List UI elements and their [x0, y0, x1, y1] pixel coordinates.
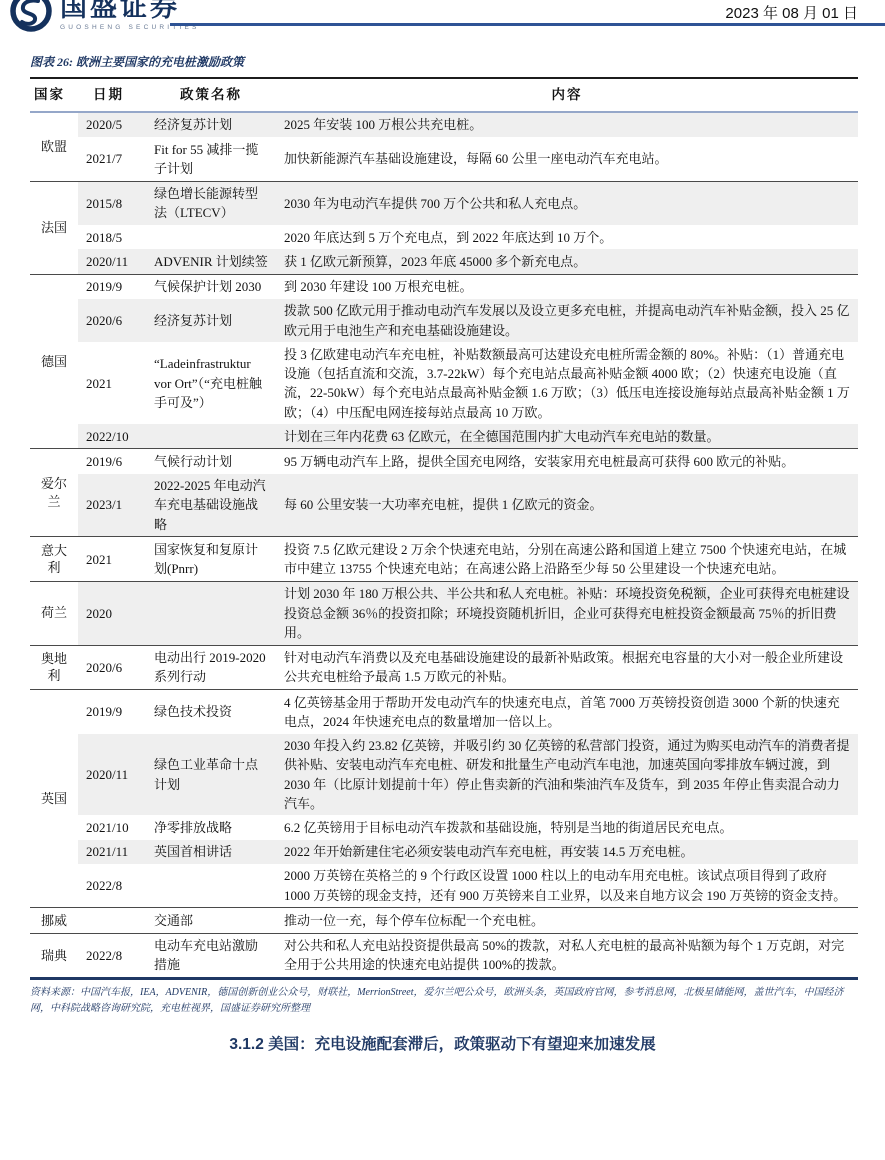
- content-cell: 2030 年为电动汽车提供 700 万个公共和私人充电点。: [276, 181, 858, 225]
- policy-cell: 绿色技术投资: [146, 690, 276, 734]
- content-cell: 2025 年安装 100 万根公共充电桩。: [276, 112, 858, 137]
- logo-text-cn: 国盛证券: [60, 0, 200, 21]
- table-row: 德国2019/9气候保护计划 2030到 2030 年建设 100 万根充电桩。: [30, 274, 858, 299]
- content-cell: 到 2030 年建设 100 万根充电桩。: [276, 274, 858, 299]
- table-row: 2021/10净零排放战略6.2 亿英镑用于目标电动汽车拨款和基础设施，特别是当…: [30, 815, 858, 839]
- source-note: 资料来源：中国汽车报，IEA，ADVENIR，德国创新创业公众号，财联社，Mer…: [30, 985, 858, 1016]
- column-header-policy: 政策名称: [146, 78, 276, 112]
- date-cell: 2022/10: [78, 424, 146, 449]
- report-date: 2023 年 08 月 01 日: [725, 2, 858, 23]
- policy-table-body: 欧盟2020/5经济复苏计划2025 年安装 100 万根公共充电桩。2021/…: [30, 112, 858, 979]
- policy-cell: Fit for 55 减排一揽子计划: [146, 137, 276, 181]
- table-row: 2022/10计划在三年内花费 63 亿欧元，在全德国范围内扩大电动汽车充电站的…: [30, 424, 858, 449]
- date-cell: 2020: [78, 581, 146, 645]
- date-cell: 2018/5: [78, 225, 146, 249]
- policy-cell: 绿色工业革命十点计划: [146, 734, 276, 816]
- content-cell: 加快新能源汽车基础设施建设，每隔 60 公里一座电动汽车充电站。: [276, 137, 858, 181]
- country-cell: 挪威: [30, 908, 78, 933]
- table-row: 2018/52020 年底达到 5 万个充电点，到 2022 年底达到 10 万…: [30, 225, 858, 249]
- date-cell: 2015/8: [78, 181, 146, 225]
- date-cell: [78, 908, 146, 933]
- policy-cell: 气候保护计划 2030: [146, 274, 276, 299]
- content-cell: 针对电动汽车消费以及充电基础设施建设的最新补贴政策。根据充电容量的大小对一般企业…: [276, 645, 858, 689]
- content-cell: 推动一位一充，每个停车位标配一个充电桩。: [276, 908, 858, 933]
- policy-cell: 绿色增长能源转型法（LTECV）: [146, 181, 276, 225]
- policy-cell: [146, 581, 276, 645]
- table-row: 2021/11英国首相讲话2022 年开始新建住宅必须安装电动汽车充电桩，再安装…: [30, 840, 858, 864]
- country-cell: 法国: [30, 181, 78, 274]
- country-cell: 意大利: [30, 537, 78, 581]
- table-row: 爱尔兰2019/6气候行动计划95 万辆电动汽车上路，提供全国充电网络，安装家用…: [30, 449, 858, 474]
- content-cell: 对公共和私人充电站投资提供最高 50%的拨款，对私人充电桩的最高补贴额为每个 1…: [276, 933, 858, 978]
- date-cell: 2020/6: [78, 299, 146, 342]
- table-row: 2022/82000 万英镑在英格兰的 9 个行政区设置 1000 柱以上的电动…: [30, 864, 858, 908]
- policy-cell: 英国首相讲话: [146, 840, 276, 864]
- content-cell: 投 3 亿欧建电动汽车充电桩，补贴数额最高可达建设充电桩所需金额的 80%。补贴…: [276, 342, 858, 424]
- policy-cell: 电动出行 2019-2020 系列行动: [146, 645, 276, 689]
- table-row: 英国2019/9绿色技术投资4 亿英镑基金用于帮助开发电动汽车的快速充电点，首笔…: [30, 690, 858, 734]
- table-row: 欧盟2020/5经济复苏计划2025 年安装 100 万根公共充电桩。: [30, 112, 858, 137]
- policy-cell: [146, 864, 276, 908]
- content-cell: 2000 万英镑在英格兰的 9 个行政区设置 1000 柱以上的电动车用充电桩。…: [276, 864, 858, 908]
- table-row: 荷兰2020计划 2030 年 180 万根公共、半公共和私人充电桩。补贴：环境…: [30, 581, 858, 645]
- content-cell: 95 万辆电动汽车上路，提供全国充电网络，安装家用充电桩最高可获得 600 欧元…: [276, 449, 858, 474]
- content-cell: 获 1 亿欧元新预算，2023 年底 45000 多个新充电点。: [276, 249, 858, 274]
- table-row: 意大利2021国家恢复和复原计划(Pnrr)投资 7.5 亿欧元建设 2 万余个…: [30, 537, 858, 581]
- table-row: 2021/7Fit for 55 减排一揽子计划加快新能源汽车基础设施建设，每隔…: [30, 137, 858, 181]
- column-header-content: 内容: [276, 78, 858, 112]
- country-cell: 奥地利: [30, 645, 78, 689]
- content-cell: 拨款 500 亿欧元用于推动电动汽车发展以及设立更多充电桩，并提高电动汽车补贴金…: [276, 299, 858, 342]
- table-row: 2020/11ADVENIR 计划续签获 1 亿欧元新预算，2023 年底 45…: [30, 249, 858, 274]
- date-cell: 2020/5: [78, 112, 146, 137]
- date-cell: 2019/9: [78, 274, 146, 299]
- country-cell: 瑞典: [30, 933, 78, 978]
- table-row: 2023/12022-2025 年电动汽车充电基础设施战略每 60 公里安装一大…: [30, 474, 858, 537]
- date-cell: 2019/6: [78, 449, 146, 474]
- policy-cell: [146, 225, 276, 249]
- content-cell: 投资 7.5 亿欧元建设 2 万余个快速充电站，分别在高速公路和国道上建立 75…: [276, 537, 858, 581]
- content-cell: 2030 年投入约 23.82 亿英镑，并吸引约 30 亿英镑的私营部门投资，通…: [276, 734, 858, 816]
- table-row: 法国2015/8绿色增长能源转型法（LTECV）2030 年为电动汽车提供 70…: [30, 181, 858, 225]
- table-row: 2020/11绿色工业革命十点计划2030 年投入约 23.82 亿英镑，并吸引…: [30, 734, 858, 816]
- content-cell: 计划 2030 年 180 万根公共、半公共和私人充电桩。补贴：环境投资免税额，…: [276, 581, 858, 645]
- table-row: 2020/6经济复苏计划拨款 500 亿欧元用于推动电动汽车发展以及设立更多充电…: [30, 299, 858, 342]
- date-cell: 2020/11: [78, 249, 146, 274]
- policy-cell: 交通部: [146, 908, 276, 933]
- content-cell: 4 亿英镑基金用于帮助开发电动汽车的快速充电点，首笔 7000 万英镑投资创造 …: [276, 690, 858, 734]
- content-cell: 6.2 亿英镑用于目标电动汽车拨款和基础设施，特别是当地的街道居民充电点。: [276, 815, 858, 839]
- country-cell: 德国: [30, 274, 78, 449]
- policy-cell: 国家恢复和复原计划(Pnrr): [146, 537, 276, 581]
- policy-table: 国家 日期 政策名称 内容 欧盟2020/5经济复苏计划2025 年安装 100…: [30, 77, 858, 980]
- column-header-country: 国家: [30, 78, 78, 112]
- date-cell: 2019/9: [78, 690, 146, 734]
- figure-title: 图表 26: 欧洲主要国家的充电桩激励政策: [30, 53, 885, 70]
- date-cell: 2021/10: [78, 815, 146, 839]
- guosheng-logo: 国盛证券 GUOSHENG SECURITIES: [8, 0, 200, 39]
- table-row: 2021“Ladeinfrastruktur vor Ort”（“充电桩触手可及…: [30, 342, 858, 424]
- policy-cell: 电动车充电站激励措施: [146, 933, 276, 978]
- table-row: 奥地利2020/6电动出行 2019-2020 系列行动针对电动汽车消费以及充电…: [30, 645, 858, 689]
- date-cell: 2020/6: [78, 645, 146, 689]
- date-cell: 2021: [78, 537, 146, 581]
- date-cell: 2020/11: [78, 734, 146, 816]
- country-cell: 英国: [30, 690, 78, 908]
- policy-cell: 气候行动计划: [146, 449, 276, 474]
- policy-cell: [146, 424, 276, 449]
- column-header-date: 日期: [78, 78, 146, 112]
- policy-cell: 净零排放战略: [146, 815, 276, 839]
- country-cell: 欧盟: [30, 112, 78, 181]
- guosheng-logo-icon: [8, 0, 54, 39]
- policy-cell: 经济复苏计划: [146, 299, 276, 342]
- header-rule: [170, 23, 885, 26]
- page-header: 国盛证券 GUOSHENG SECURITIES 2023 年 08 月 01 …: [0, 0, 885, 32]
- country-cell: 爱尔兰: [30, 449, 78, 537]
- date-cell: 2021/11: [78, 840, 146, 864]
- content-cell: 每 60 公里安装一大功率充电桩，提供 1 亿欧元的资金。: [276, 474, 858, 537]
- policy-cell: 经济复苏计划: [146, 112, 276, 137]
- table-header-row: 国家 日期 政策名称 内容: [30, 78, 858, 112]
- date-cell: 2021: [78, 342, 146, 424]
- content-cell: 2020 年底达到 5 万个充电点，到 2022 年底达到 10 万个。: [276, 225, 858, 249]
- table-row: 瑞典2022/8电动车充电站激励措施对公共和私人充电站投资提供最高 50%的拨款…: [30, 933, 858, 978]
- next-section-heading: 3.1.2 美国：充电设施配套滞后，政策驱动下有望迎来加速发展: [0, 1032, 885, 1054]
- date-cell: 2023/1: [78, 474, 146, 537]
- policy-cell: “Ladeinfrastruktur vor Ort”（“充电桩触手可及”）: [146, 342, 276, 424]
- policy-cell: 2022-2025 年电动汽车充电基础设施战略: [146, 474, 276, 537]
- date-cell: 2022/8: [78, 864, 146, 908]
- country-cell: 荷兰: [30, 581, 78, 645]
- table-row: 挪威交通部推动一位一充，每个停车位标配一个充电桩。: [30, 908, 858, 933]
- date-cell: 2022/8: [78, 933, 146, 978]
- policy-cell: ADVENIR 计划续签: [146, 249, 276, 274]
- content-cell: 2022 年开始新建住宅必须安装电动汽车充电桩，再安装 14.5 万充电桩。: [276, 840, 858, 864]
- content-cell: 计划在三年内花费 63 亿欧元，在全德国范围内扩大电动汽车充电站的数量。: [276, 424, 858, 449]
- date-cell: 2021/7: [78, 137, 146, 181]
